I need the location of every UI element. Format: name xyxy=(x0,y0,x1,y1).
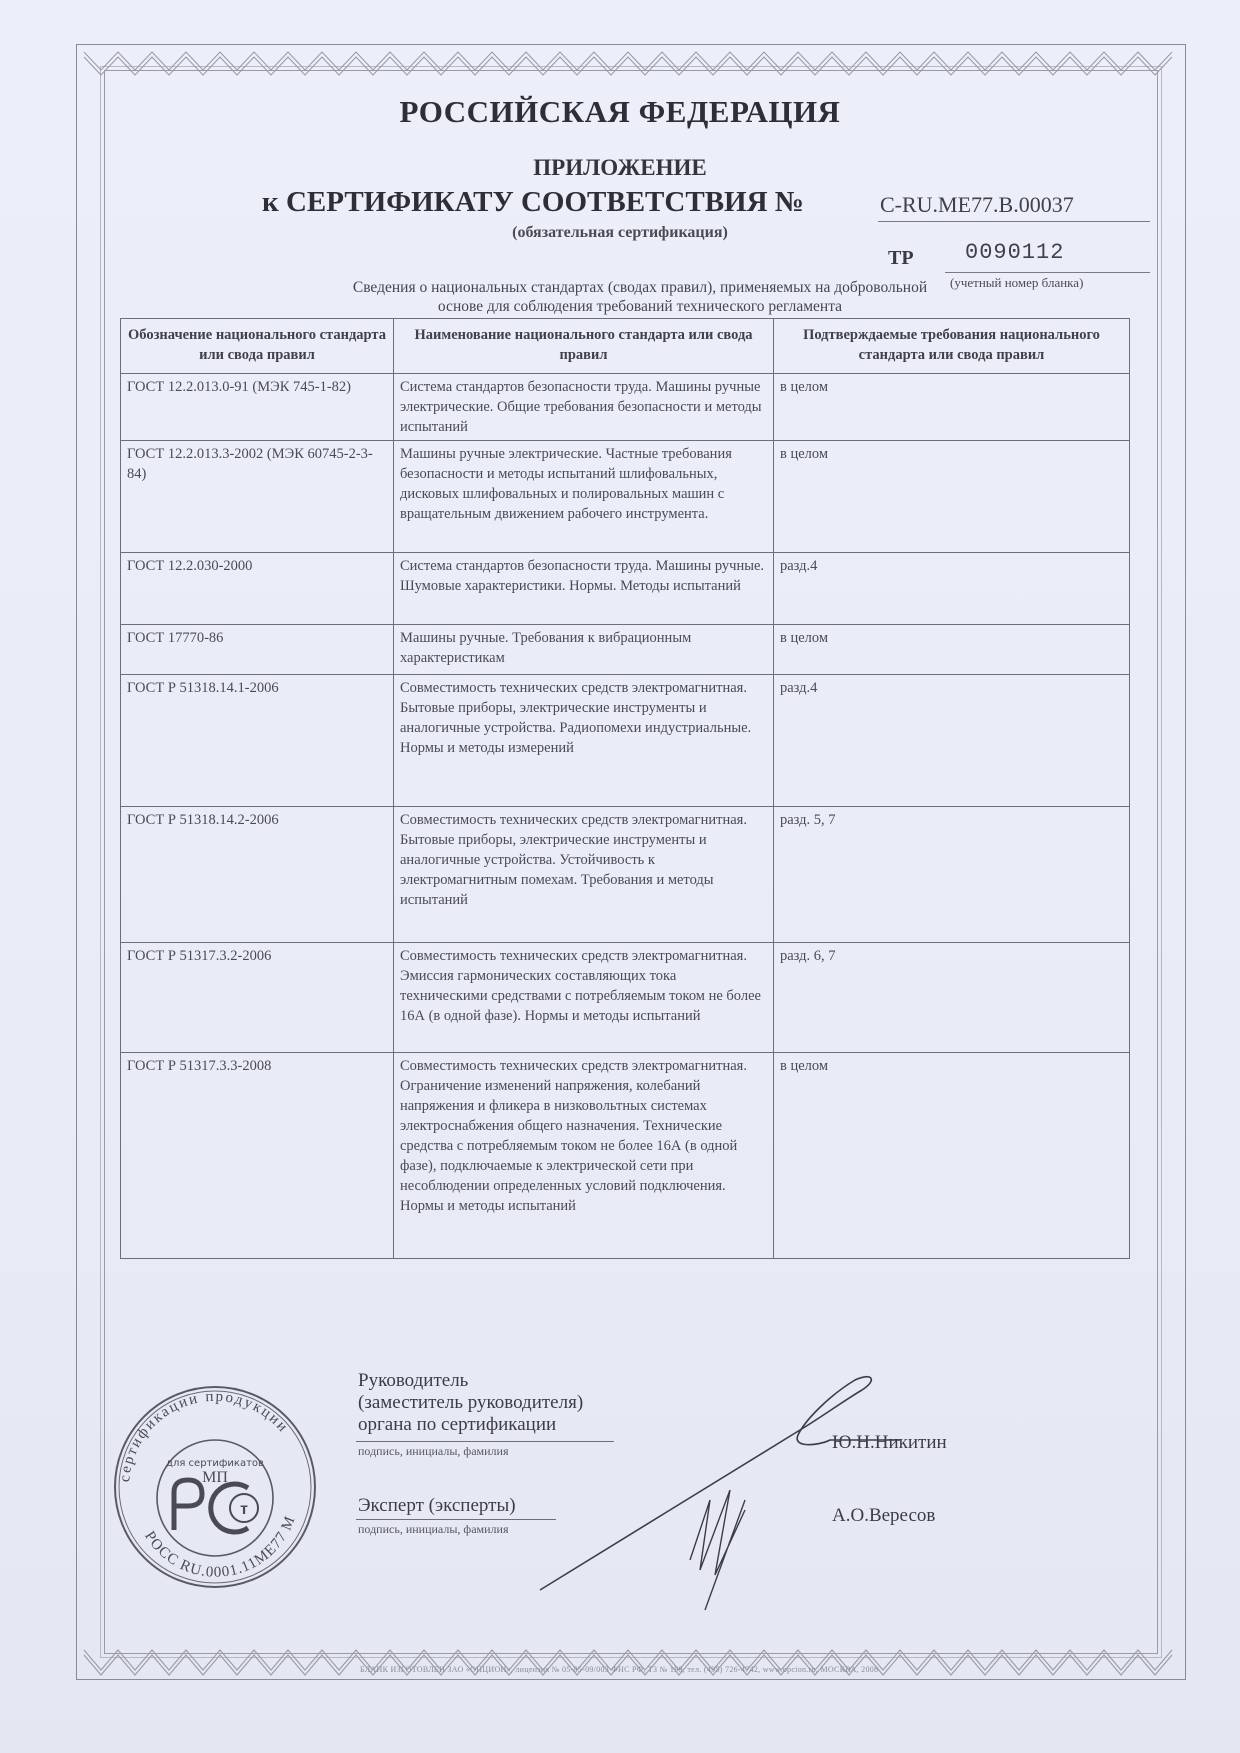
expert-name: А.О.Вересов xyxy=(832,1505,935,1527)
cell-designation: ГОСТ 12.2.030-2000 xyxy=(121,553,394,625)
cell-name: Машины ручные. Требования к вибрационным… xyxy=(394,625,774,675)
cell-name: Совместимость технических средств электр… xyxy=(394,1053,774,1259)
column-header-requirements: Подтверждаемые требования национального … xyxy=(774,319,1130,374)
cell-name: Машины ручные электрические. Частные тре… xyxy=(394,441,774,553)
cell-requirements: в целом xyxy=(774,1053,1130,1259)
cell-name: Совместимость технических средств электр… xyxy=(394,943,774,1053)
head-label-line-3: органа по сертификации xyxy=(358,1414,583,1436)
table-row: ГОСТ 12.2.030-2000Система стандартов без… xyxy=(121,553,1130,625)
table-row: ГОСТ 12.2.013.0-91 (МЭК 745-1-82)Система… xyxy=(121,374,1130,441)
expert-label: Эксперт (эксперты) xyxy=(358,1495,516,1517)
printer-imprint: БЛАНК ИЗГОТОВЛЕН ЗАО «ОПЦИОН», лицензия … xyxy=(360,1665,878,1674)
cell-requirements: разд. 5, 7 xyxy=(774,807,1130,943)
cell-requirements: разд.4 xyxy=(774,675,1130,807)
table-row: ГОСТ Р 51318.14.1-2006Совместимость техн… xyxy=(121,675,1130,807)
certificate-number: C-RU.ME77.B.00037 xyxy=(880,192,1074,218)
head-signature-line xyxy=(356,1441,614,1442)
cell-name: Система стандартов безопасности труда. М… xyxy=(394,374,774,441)
certificate-number-underline xyxy=(878,221,1150,222)
intro-line-1: Сведения о национальных стандартах (свод… xyxy=(250,278,1030,297)
column-header-name: Наименование национального стандарта или… xyxy=(394,319,774,374)
cell-designation: ГОСТ Р 51317.3.3-2008 xyxy=(121,1053,394,1259)
table-row: ГОСТ Р 51317.3.3-2008Совместимость техни… xyxy=(121,1053,1130,1259)
form-number: 0090112 xyxy=(965,240,1064,265)
cell-designation: ГОСТ Р 51318.14.1-2006 xyxy=(121,675,394,807)
table-row: ГОСТ 17770-86Машины ручные. Требования к… xyxy=(121,625,1130,675)
table-row: ГОСТ 12.2.013.3-2002 (МЭК 60745-2-3-84)М… xyxy=(121,441,1130,553)
certification-stamp: сертификации продукции РОСС RU.0001.11МЕ… xyxy=(108,1380,322,1594)
head-signatory-name: Ю.Н.Никитин xyxy=(832,1432,947,1454)
head-signatory-label: Руководитель (заместитель руководителя) … xyxy=(358,1370,583,1436)
cell-designation: ГОСТ 12.2.013.0-91 (МЭК 745-1-82) xyxy=(121,374,394,441)
certificate-title: к СЕРТИФИКАТУ СООТВЕТСТВИЯ № xyxy=(262,186,804,219)
expert-signature-caption: подпись, инициалы, фамилия xyxy=(358,1522,508,1537)
country-title: РОССИЙСКАЯ ФЕДЕРАЦИЯ xyxy=(0,94,1240,130)
cell-designation: ГОСТ 17770-86 xyxy=(121,625,394,675)
expert-signature-line xyxy=(356,1519,556,1520)
intro-line-2: основе для соблюдения требований техниче… xyxy=(250,297,1030,316)
appendix-title: ПРИЛОЖЕНИЕ xyxy=(0,155,1240,181)
cell-requirements: разд.4 xyxy=(774,553,1130,625)
svg-text:МП: МП xyxy=(202,1469,228,1486)
svg-text:для сертификатов: для сертификатов xyxy=(166,1458,264,1469)
head-label-line-2: (заместитель руководителя) xyxy=(358,1392,583,1414)
form-series: ТР xyxy=(888,247,914,270)
head-label-line-1: Руководитель xyxy=(358,1370,583,1392)
table-row: ГОСТ Р 51317.3.2-2006Совместимость техни… xyxy=(121,943,1130,1053)
cell-designation: ГОСТ Р 51317.3.2-2006 xyxy=(121,943,394,1053)
cell-requirements: в целом xyxy=(774,625,1130,675)
standards-table: Обозначение национального стандарта или … xyxy=(120,318,1130,1259)
svg-text:т: т xyxy=(240,1501,248,1518)
cell-requirements: в целом xyxy=(774,374,1130,441)
cell-designation: ГОСТ Р 51318.14.2-2006 xyxy=(121,807,394,943)
cell-name: Система стандартов безопасности труда. М… xyxy=(394,553,774,625)
intro-text: Сведения о национальных стандартах (свод… xyxy=(250,278,1030,316)
cell-name: Совместимость технических средств электр… xyxy=(394,675,774,807)
column-header-designation: Обозначение национального стандарта или … xyxy=(121,319,394,374)
cell-requirements: разд. 6, 7 xyxy=(774,943,1130,1053)
head-signature-caption: подпись, инициалы, фамилия xyxy=(358,1444,508,1459)
cell-requirements: в целом xyxy=(774,441,1130,553)
form-number-underline xyxy=(945,272,1150,273)
table-row: ГОСТ Р 51318.14.2-2006Совместимость техн… xyxy=(121,807,1130,943)
cell-name: Совместимость технических средств электр… xyxy=(394,807,774,943)
table-header-row: Обозначение национального стандарта или … xyxy=(121,319,1130,374)
cell-designation: ГОСТ 12.2.013.3-2002 (МЭК 60745-2-3-84) xyxy=(121,441,394,553)
